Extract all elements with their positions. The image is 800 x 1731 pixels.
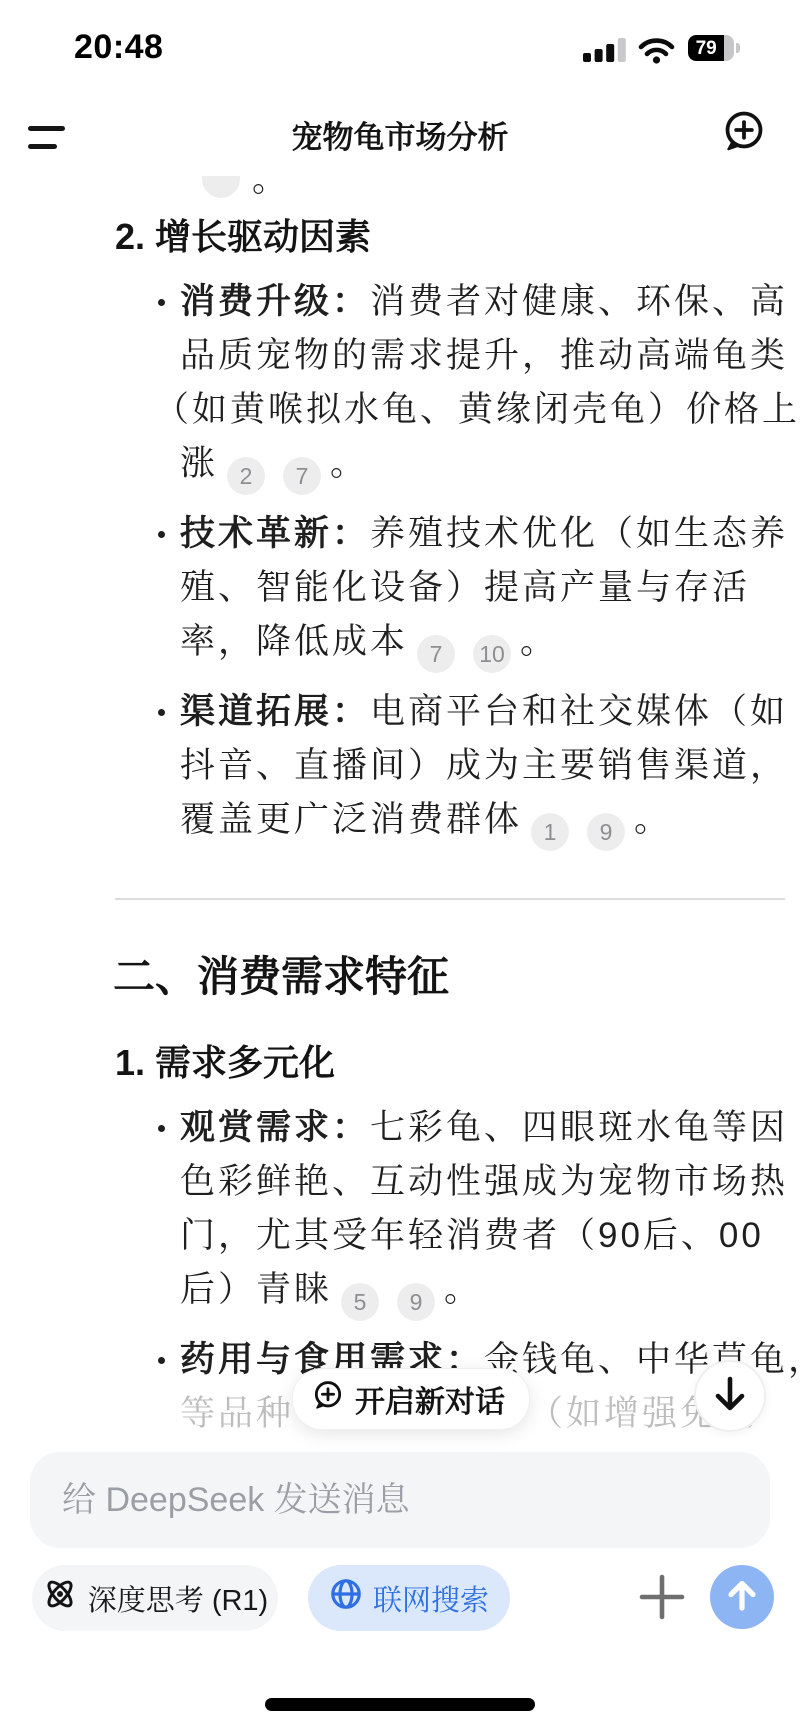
bullet-marker [158,299,165,306]
bullet-line: 品质宠物的需求提升，推动高端龟类 [180,329,800,383]
section-divider [115,898,785,900]
send-button[interactable] [710,1565,774,1629]
clipped-citation-row: 。 [202,160,800,200]
text-segment: 抖音、直播间）成为主要销售渠道， [180,746,788,785]
bullet-item: 技术革新：养殖技术优化（如生态养殖、智能化设备）提高产量与存活率，降低成本710… [0,507,800,669]
new-conversation-floating-button[interactable]: 开启新对话 [292,1368,530,1430]
clipped-citation-badge[interactable] [202,176,240,198]
chat-bubble-plus-icon [311,1378,345,1420]
status-time: 20:48 [74,28,163,67]
citation-badge[interactable]: 9 [397,1283,435,1321]
menu-button[interactable] [22,112,72,160]
text-segment: 消费者对健康、环保、高 [370,282,788,321]
web-search-label: 联网搜索 [373,1578,489,1619]
battery-tip [736,43,740,53]
text-segment: 。 [520,622,558,661]
message-input-box[interactable] [30,1452,770,1548]
text-segment: 观赏需求： [180,1108,370,1147]
chat-content: 。 2. 增长驱动因素消费升级：消费者对健康、环保、高品质宠物的需求提升，推动高… [0,160,800,1441]
subsection-heading: 1. 需求多元化 [115,1041,800,1085]
text-segment: 。 [634,800,672,839]
citation-badge[interactable]: 7 [283,457,321,495]
battery-indicator: 79 [688,35,734,61]
bullet-item: 渠道拓展：电商平台和社交媒体（如抖音、直播间）成为主要销售渠道，覆盖更广泛消费群… [0,685,800,847]
text-segment: 。 [330,444,368,483]
bullet-marker [158,1357,165,1364]
text-segment: 涨 [180,444,218,483]
atom-icon [42,1576,78,1620]
new-chat-button[interactable] [720,106,768,156]
bullet-marker [158,709,165,716]
bullet-line: 抖音、直播间）成为主要销售渠道， [180,739,800,793]
text-segment: 品质宠物的需求提升，推动高端龟类 [180,336,788,375]
app-screen: 20:48 79 宠物龟市场分析 [0,0,800,1731]
text-segment: 后）青睐 [180,1270,332,1309]
text-segment: 覆盖更广泛消费群体 [180,800,522,839]
web-search-toggle[interactable]: 联网搜索 [308,1565,510,1631]
citation-badge[interactable]: 7 [417,635,455,673]
bullet-item: 观赏需求：七彩龟、四眼斑水龟等因色彩鲜艳、互动性强成为宠物市场热门，尤其受年轻消… [0,1101,800,1317]
bullet-line: 殖、智能化设备）提高产量与存活 [180,561,800,615]
text-segment: （如黄喉拟水龟、黄缘闭壳龟）价格上 [154,390,800,429]
citation-badge[interactable]: 5 [341,1283,379,1321]
bullet-line: 渠道拓展：电商平台和社交媒体（如 [180,685,800,739]
bullet-line: 门，尤其受年轻消费者（90后、00 [180,1209,800,1263]
attach-button[interactable] [638,1573,686,1621]
text-segment: 殖、智能化设备）提高产量与存活 [180,568,750,607]
citation-badge[interactable]: 2 [227,457,265,495]
text-segment: 。 [444,1270,482,1309]
bullet-line: 覆盖更广泛消费群体19。 [180,793,800,847]
bullet-line: （如黄喉拟水龟、黄缘闭壳龟）价格上 [154,383,800,437]
plus-icon [638,1608,686,1625]
deep-think-label: 深度思考 (R1) [88,1578,268,1619]
clipped-line-text: 。 [252,160,287,199]
text-segment: 门，尤其受年轻消费者（90后、00 [180,1216,764,1255]
battery-percent: 79 [688,35,724,61]
text-segment: 率，降低成本 [180,622,408,661]
text-segment: 色彩鲜艳、互动性强成为宠物市场热 [180,1162,788,1201]
wifi-icon [638,36,675,64]
message-input[interactable] [30,1452,770,1548]
bullet-marker [158,1125,165,1132]
bullet-line: 消费升级：消费者对健康、环保、高 [180,275,800,329]
chat-bubble-plus-icon [720,143,768,160]
text-segment: 七彩龟、四眼斑水龟等因 [370,1108,788,1147]
subsection-heading: 2. 增长驱动因素 [115,215,800,259]
deep-think-toggle[interactable]: 深度思考 (R1) [32,1565,278,1631]
citation-badge[interactable]: 1 [531,813,569,851]
text-segment: 消费升级： [180,282,370,321]
bullet-line: 涨27。 [180,437,800,491]
arrow-up-icon [721,1574,763,1621]
text-segment: 渠道拓展： [180,692,370,731]
cellular-signal-icon [583,36,627,64]
text-segment: 电商平台和社交媒体（如 [370,692,788,731]
message-blocks: 2. 增长驱动因素消费升级：消费者对健康、环保、高品质宠物的需求提升，推动高端龟… [0,215,800,1441]
bullet-line: 率，降低成本710。 [180,615,800,669]
text-segment: 技术革新： [180,514,370,553]
text-segment: 等品种 [180,1394,294,1433]
bullet-item: 消费升级：消费者对健康、环保、高品质宠物的需求提升，推动高端龟类（如黄喉拟水龟、… [0,275,800,491]
arrow-down-icon [708,1372,752,1421]
bullet-line: 色彩鲜艳、互动性强成为宠物市场热 [180,1155,800,1209]
citation-badge[interactable]: 9 [587,813,625,851]
bullet-marker [158,531,165,538]
scroll-to-bottom-button[interactable] [694,1360,766,1432]
citation-badge[interactable]: 10 [473,635,511,673]
section-heading: 二、消费需求特征 [113,948,800,1006]
globe-icon [329,1577,363,1619]
bullet-line: 后）青睐59。 [180,1263,800,1317]
home-indicator[interactable] [265,1698,535,1711]
new-conversation-label: 开启新对话 [355,1377,505,1421]
text-segment: 养殖技术优化（如生态养 [370,514,788,553]
chat-title: 宠物龟市场分析 [100,112,700,157]
bullet-line: 观赏需求：七彩龟、四眼斑水龟等因 [180,1101,800,1155]
bullet-line: 技术革新：养殖技术优化（如生态养 [180,507,800,561]
